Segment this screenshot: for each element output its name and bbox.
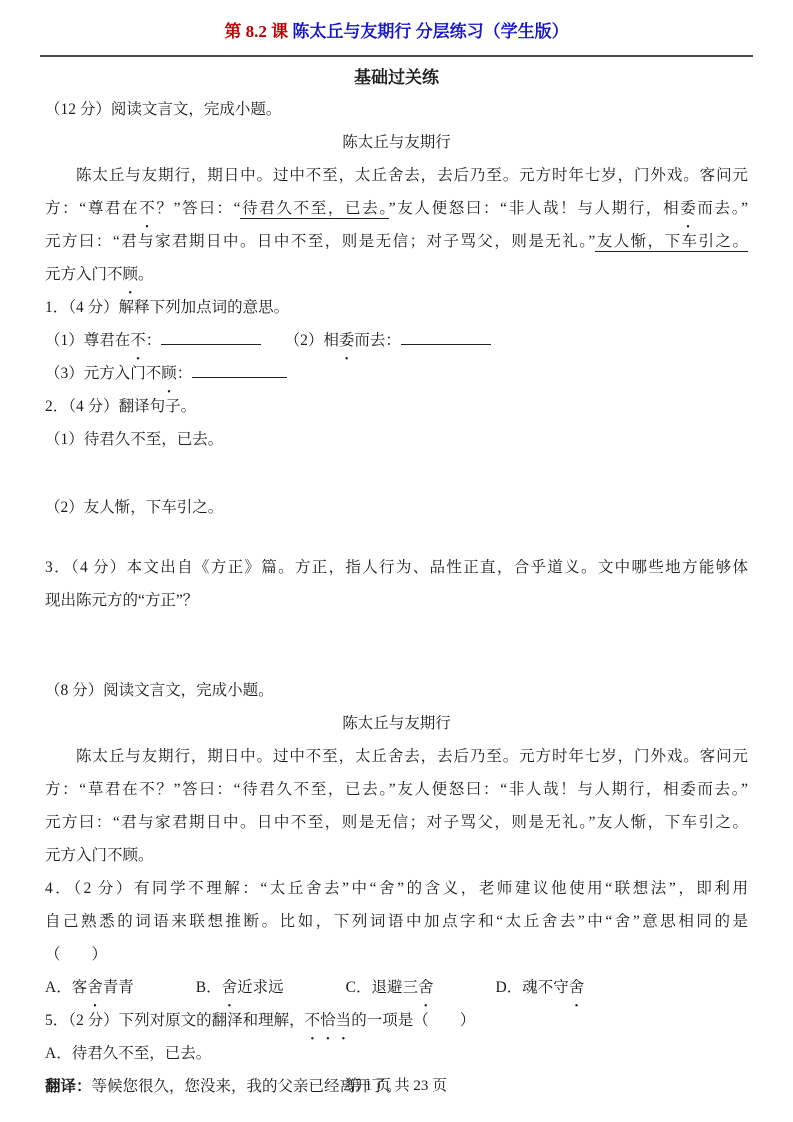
title-lesson-number: 第 8.2 课: [224, 22, 292, 41]
page-footer: 第 1 页 共 23 页: [0, 1076, 793, 1096]
text-segment: 近求远: [237, 979, 284, 996]
underlined-text: 待君久不至，已去。: [240, 200, 388, 219]
page-title: 第 8.2 课 陈太丘与友期行 分层练习（学生版）: [45, 20, 748, 44]
text-segment: 陈太丘与友期行，期日中。过中不至，太丘舍去，去后乃至。元方时年七岁，门外戏。客问…: [76, 167, 748, 184]
question4-line: 自己熟悉的词语来联想推断。比如，下列词语中加点字和“太丘舍去”中“舍”意思相同的…: [45, 905, 748, 938]
text-segment: 的一项是（ ）: [351, 1012, 475, 1029]
emphasis-dotted-text: 不: [139, 200, 155, 217]
text-segment: 青青: [103, 979, 134, 996]
text-segment: （2）相: [292, 332, 339, 349]
passage2-line: 元方曰：“君与家君期日中。日中不至，则是无信；对子骂父，则是无礼。”友人惭，下车…: [45, 806, 748, 839]
passage2-line: 陈太丘与友期行，期日中。过中不至，太丘舍去，去后乃至。元方时年七岁，门外戏。客问…: [45, 740, 748, 773]
question5-optionA: A．待君久不至，已去。: [45, 1037, 748, 1070]
text-segment: A．客: [45, 979, 87, 996]
question2-item1: （1）待君久不至，已去。: [45, 423, 748, 456]
emphasis-dotted-text: 顾: [123, 266, 139, 283]
section2-intro: （8 分）阅读文言文，完成小题。: [45, 674, 748, 707]
title-text: 陈太丘与友期行 分层练习（学生版）: [292, 22, 568, 41]
text-segment: [284, 979, 346, 996]
text-segment: [134, 979, 196, 996]
title-divider: [40, 55, 753, 57]
passage1-line: 陈太丘与友期行，期日中。过中不至，太丘舍去，去后乃至。元方时年七岁，门外戏。客问…: [45, 159, 748, 192]
question1-header: 1．（4 分）解释下列加点词的意思。: [45, 291, 748, 324]
section1-intro: （12 分）阅读文言文，完成小题。: [45, 93, 748, 126]
text-segment: 元方曰：“君与家君期日中。日中不至，则是无信；对子骂父，则是无礼。”: [45, 233, 595, 250]
emphasis-dotted-text: 不恰当: [305, 1012, 352, 1029]
text-segment: 而去：: [354, 332, 401, 349]
question4-choice-parens: （ ）: [45, 938, 748, 971]
passage2-line: 元方入门不顾。: [45, 839, 748, 872]
emphasis-dotted-text: 舍: [418, 979, 434, 996]
text-segment: 方：“尊君在: [45, 200, 139, 217]
text-segment: B．: [196, 979, 222, 996]
text-segment: 。: [138, 266, 154, 283]
text-segment: ：: [146, 332, 162, 349]
text-segment: C．退避三: [346, 979, 418, 996]
emphasis-dotted-text: 舍: [87, 979, 103, 996]
underlined-text: 友人惭，下车引之。: [595, 233, 748, 252]
answer-blank: [161, 329, 261, 345]
text-segment: （3）元方入门不: [45, 365, 161, 382]
question5-header: 5．（2 分）下列对原文的翻泽和理解，不恰当的一项是（ ）: [45, 1004, 748, 1037]
passage1-line: 元方入门不顾。: [45, 258, 748, 291]
text-segment: 而去。”: [696, 200, 748, 217]
emphasis-dotted-text: 委: [680, 200, 696, 217]
text-segment: ？”答曰：“: [155, 200, 241, 217]
text-segment: 5．（2 分）下列对原文的翻泽和理解，: [45, 1012, 305, 1029]
text-segment: [434, 979, 496, 996]
passage2-line: 方：“草君在不？”答曰：“待君久不至，已去。”友人便怒曰：“非人哉！与人期行，相…: [45, 773, 748, 806]
answer-blank: [192, 362, 287, 378]
text-segment: （1）尊君在: [45, 332, 130, 349]
text-segment: ：: [177, 365, 193, 382]
question3-line: 现出陈元方的“方正”？: [45, 584, 748, 617]
question3-line: 3．（4 分）本文出自《方正》篇。方正，指人行为、品性正直，合乎道义。文中哪些地…: [45, 551, 748, 584]
question1-blanks-row: （3）元方入门不顾：: [45, 357, 748, 390]
emphasis-dotted-text: 舍: [569, 979, 585, 996]
emphasis-dotted-text: 舍: [222, 979, 238, 996]
emphasis-dotted-text: 委: [339, 332, 355, 349]
section-heading: 基础过关练: [45, 63, 748, 93]
question4-line: 4．（2 分）有同学不理解：“太丘舍去”中“舍”的含义，老师建议他使用“联想法”…: [45, 872, 748, 905]
passage1-line: 元方曰：“君与家君期日中。日中不至，则是无信；对子骂父，则是无礼。”友人惭，下车…: [45, 225, 748, 258]
emphasis-dotted-text: 顾: [161, 365, 177, 382]
passage2-title: 陈太丘与友期行: [45, 707, 748, 740]
question1-blanks-row: （1）尊君在不： （2）相委而去：: [45, 324, 748, 357]
text-segment: ”友人便怒曰：“非人哉！与人期行，相: [389, 200, 680, 217]
question4-options: A．客舍青青 B．舍近求远 C．退避三舍 D．魂不守舍: [45, 971, 748, 1004]
emphasis-dotted-text: 不: [130, 332, 146, 349]
question2-item2: （2）友人惭，下车引之。: [45, 491, 748, 524]
passage1-title: 陈太丘与友期行: [45, 126, 748, 159]
text-segment: 元方入门不: [45, 266, 123, 283]
text-segment: [261, 332, 292, 349]
answer-blank: [401, 329, 491, 345]
passage1-line: 方：“尊君在不？”答曰：“待君久不至，已去。”友人便怒曰：“非人哉！与人期行，相…: [45, 192, 748, 225]
document-page: 第 8.2 课 陈太丘与友期行 分层练习（学生版） 基础过关练 （12 分）阅读…: [0, 0, 793, 1122]
text-segment: D．魂不守: [496, 979, 569, 996]
question2-header: 2．（4 分）翻译句子。: [45, 390, 748, 423]
